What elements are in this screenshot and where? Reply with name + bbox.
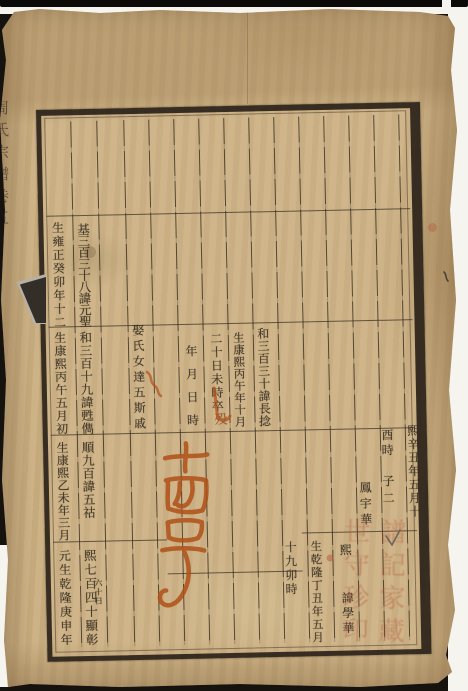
scanned-page: 周氏宗譜卷五 生雍正癸卯年十二基三百三十八諱元聖生康熙丙午五月初和三百十九諱甦儁… <box>0 0 468 691</box>
cell-c2-row3-name: 和三百十九諱甦儁 <box>76 331 96 435</box>
cell-c6-row3-dateform: 年月日時 <box>183 345 202 437</box>
cell-c10-row5-hour: 十九卯時 <box>282 541 300 597</box>
scan-edge-bar <box>0 0 468 7</box>
paper-crease <box>247 8 248 104</box>
cell-c11-row5-birth: 生乾隆丁丑年五月 <box>308 540 326 644</box>
cell-c9-row3-name: 和三百三十諱長捻 <box>255 327 274 427</box>
cell-c7-row3-death: 二十日未時卒 <box>208 332 227 413</box>
cell-c1-row4-birth: 生康熙乙未年三月 <box>54 441 73 541</box>
cell-c14-row4-count: 子二 <box>380 475 398 509</box>
seal-glyph: 譜 <box>376 518 407 552</box>
scan-edge-notch <box>442 0 451 7</box>
cell-c1-row2-birth: 生雍正癸卯年十二 <box>49 221 68 329</box>
cell-c15-row4-death: 熙辛丑年五月十 <box>405 424 424 519</box>
cell-c1-row5-birth: 元生乾隆庚申年 <box>56 549 75 647</box>
cell-c8-row3-birth: 生康熙丙午年十月 <box>231 332 249 428</box>
cell-c14-row4-hour: 酉時 <box>379 429 397 459</box>
seal-glyph: 珍 <box>338 583 369 617</box>
seal-stamp: 譜記家藏世守珍印 <box>335 517 409 656</box>
cell-c7-row3-death-orange: 殁 <box>209 412 228 426</box>
document-paper: 周氏宗譜卷五 生雍正癸卯年十二基三百三十八諱元聖生康熙丙午五月初和三百十九諱甦儁… <box>0 8 457 688</box>
cell-c2-row5-smallnote: 六十日 <box>93 579 105 606</box>
cell-c2-row2-name: 基三百三十八諱元聖 <box>73 223 93 327</box>
seal-glyph: 印 <box>338 616 369 650</box>
seal-glyph: 藏 <box>374 617 405 651</box>
cell-c4-row3-marriage: 娶氏女達五斯戚 <box>130 324 149 433</box>
seal-glyph: 守 <box>339 550 370 584</box>
cell-c2-row4-name: 順九百諱五祜 <box>78 441 98 519</box>
seal-glyph: 家 <box>374 584 405 618</box>
seal-glyph: 記 <box>375 551 406 585</box>
seal-glyph: 世 <box>340 517 371 551</box>
cell-c1-row3-birth: 生康熙丙午五月初 <box>52 331 71 435</box>
paper-stain <box>428 223 437 232</box>
spine-title-text: 周氏宗譜卷五 <box>0 100 12 232</box>
